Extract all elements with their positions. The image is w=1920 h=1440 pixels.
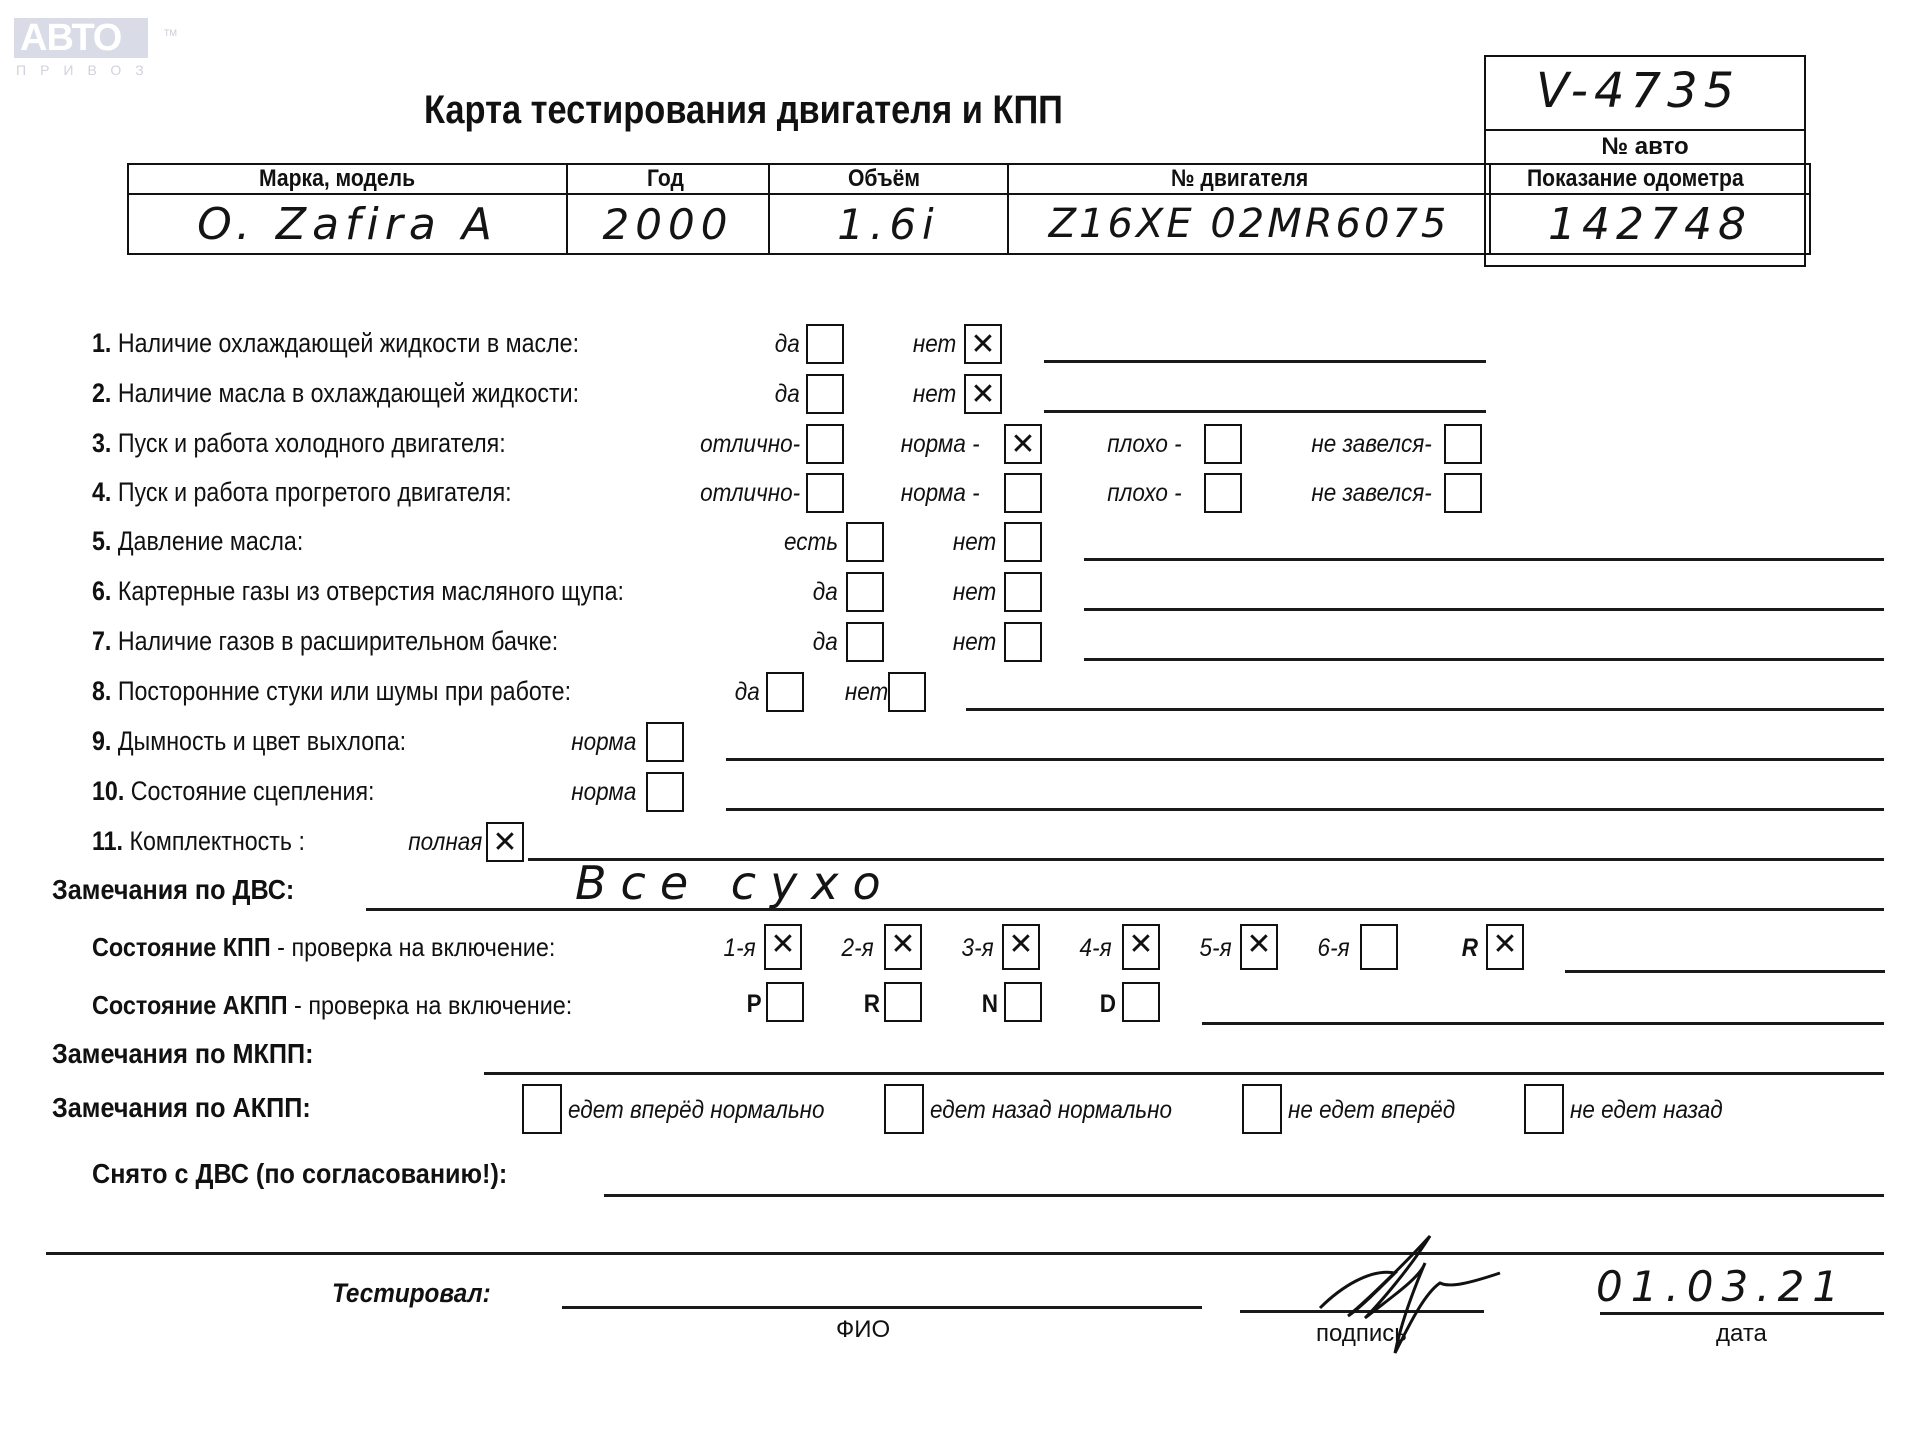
gear-label: 6-я bbox=[1318, 934, 1350, 963]
checklist-item-number: 8. bbox=[92, 676, 118, 706]
auto-remark-option-label: едет назад нормально bbox=[930, 1096, 1172, 1125]
column-header-odometer: Показание одометра bbox=[1490, 164, 1810, 194]
auto-remark-option-label: не едет вперёд bbox=[1288, 1096, 1455, 1125]
name-line[interactable] bbox=[562, 1306, 1202, 1309]
option-checkbox[interactable]: ✕ bbox=[1004, 424, 1042, 464]
auto-position-label: N bbox=[982, 990, 998, 1019]
check-mark-icon: ✕ bbox=[966, 326, 1000, 362]
option-checkbox[interactable] bbox=[806, 324, 844, 364]
option-label: да bbox=[813, 578, 838, 607]
option-label: норма - bbox=[901, 430, 980, 459]
remark-line[interactable] bbox=[1044, 360, 1486, 363]
odometer-field[interactable]: 142748 bbox=[1490, 194, 1810, 254]
remark-line[interactable] bbox=[726, 758, 1884, 761]
manual-gearbox-line bbox=[1565, 970, 1885, 973]
checklist-item-label: 10. Состояние сцепления: bbox=[92, 776, 374, 807]
auto-position-checkbox-P[interactable] bbox=[766, 982, 804, 1022]
checklist-item-number: 3. bbox=[92, 428, 118, 458]
signature-caption: подпись bbox=[1316, 1320, 1407, 1348]
auto-gearbox-label: Состояние АКПП - проверка на включение: bbox=[92, 990, 572, 1021]
auto-position-label: D bbox=[1100, 990, 1116, 1019]
engine-remarks-label: Замечания по ДВС: bbox=[52, 874, 294, 906]
manual-remarks-line[interactable] bbox=[484, 1072, 1884, 1075]
checklist-item-text: Комплектность : bbox=[129, 826, 304, 856]
check-mark-icon: ✕ bbox=[766, 926, 800, 968]
gear-label: R bbox=[1462, 934, 1478, 963]
option-label: да bbox=[735, 678, 760, 707]
logo-trademark: TM bbox=[164, 28, 177, 38]
checklist-item-text: Посторонние стуки или шумы при работе: bbox=[118, 676, 571, 706]
date-caption: дата bbox=[1716, 1320, 1767, 1348]
checklist-item-label: 3. Пуск и работа холодного двигателя: bbox=[92, 428, 506, 459]
option-label: отлично- bbox=[700, 479, 800, 508]
option-checkbox[interactable] bbox=[1004, 572, 1042, 612]
auto-gearbox-line bbox=[1202, 1022, 1884, 1025]
gear-checkbox-6[interactable] bbox=[1360, 924, 1398, 970]
vehicle-number-value[interactable]: V-4735 bbox=[1536, 63, 1740, 119]
remark-line[interactable] bbox=[1084, 558, 1884, 561]
checklist-item-label: 5. Давление масла: bbox=[92, 526, 303, 557]
checklist-item-text: Состояние сцепления: bbox=[131, 776, 375, 806]
option-label: норма bbox=[571, 728, 636, 757]
footer-separator bbox=[46, 1252, 1884, 1255]
date-field[interactable]: 01.03.21 bbox=[1596, 1262, 1847, 1311]
option-checkbox[interactable]: ✕ bbox=[964, 324, 1002, 364]
option-checkbox[interactable] bbox=[1444, 473, 1482, 513]
page-title: Карта тестирования двигателя и КПП bbox=[424, 88, 1063, 133]
option-label: норма - bbox=[901, 479, 980, 508]
table-value-row: O. Zafira A 2000 1.6i Z16XE 02MR6075 142… bbox=[128, 194, 1810, 254]
check-mark-icon: ✕ bbox=[886, 926, 920, 968]
checklist-item-label: 2. Наличие масла в охлаждающей жидкости: bbox=[92, 378, 579, 409]
gear-label: 3-я bbox=[962, 934, 994, 963]
option-checkbox[interactable] bbox=[846, 622, 884, 662]
check-mark-icon: ✕ bbox=[1004, 926, 1038, 968]
checklist-item-label: 6. Картерные газы из отверстия масляного… bbox=[92, 576, 624, 607]
remark-line[interactable] bbox=[1084, 608, 1884, 611]
checklist-item-number: 1. bbox=[92, 328, 118, 358]
auto-remark-option-label: не едет назад bbox=[1570, 1096, 1723, 1125]
auto-remarks-label: Замечания по АКПП: bbox=[52, 1092, 311, 1124]
logo-main-text: АВТО bbox=[20, 18, 121, 58]
auto-position-checkbox-N[interactable] bbox=[1004, 982, 1042, 1022]
gear-label: 1-я bbox=[724, 934, 756, 963]
date-line bbox=[1600, 1312, 1884, 1315]
checklist-item-label: 7. Наличие газов в расширительном бачке: bbox=[92, 626, 558, 657]
auto-position-label: R bbox=[864, 990, 880, 1019]
vehicle-number-label: № авто bbox=[1486, 131, 1804, 163]
auto-position-checkbox-R[interactable] bbox=[884, 982, 922, 1022]
check-mark-icon: ✕ bbox=[1488, 926, 1522, 968]
option-label: норма bbox=[571, 778, 636, 807]
column-header-volume: Объём bbox=[769, 164, 1008, 194]
option-label: да bbox=[775, 380, 800, 409]
option-label: нет bbox=[953, 528, 996, 557]
checklist-item-text: Картерные газы из отверстия масляного щу… bbox=[118, 576, 624, 606]
table-header-row: Марка, модель Год Объём № двигателя Пока… bbox=[128, 164, 1810, 194]
option-checkbox[interactable] bbox=[646, 772, 684, 812]
option-label: да bbox=[775, 330, 800, 359]
gear-label: 2-я bbox=[842, 934, 874, 963]
option-label: нет bbox=[845, 678, 888, 707]
auto-remark-checkbox[interactable] bbox=[1242, 1084, 1282, 1134]
checklist-item-text: Наличие охлаждающей жидкости в масле: bbox=[118, 328, 579, 358]
option-label: да bbox=[813, 628, 838, 657]
name-caption: ФИО bbox=[836, 1316, 890, 1344]
option-checkbox[interactable] bbox=[1004, 522, 1042, 562]
option-checkbox[interactable] bbox=[1004, 473, 1042, 513]
auto-remark-checkbox[interactable] bbox=[884, 1084, 924, 1134]
gear-checkbox-R[interactable]: ✕ bbox=[1486, 924, 1524, 970]
removed-line[interactable] bbox=[604, 1194, 1884, 1197]
removed-label: Снято с ДВС (по согласованию!): bbox=[92, 1158, 507, 1190]
option-checkbox[interactable]: ✕ bbox=[486, 822, 524, 862]
checklist-item-label: 4. Пуск и работа прогретого двигателя: bbox=[92, 477, 512, 508]
option-checkbox[interactable] bbox=[806, 424, 844, 464]
gear-label: 5-я bbox=[1200, 934, 1232, 963]
option-checkbox[interactable] bbox=[1204, 424, 1242, 464]
auto-remark-option-label: едет вперёд нормально bbox=[568, 1096, 825, 1125]
option-label: нет bbox=[953, 628, 996, 657]
remark-line[interactable] bbox=[966, 708, 1884, 711]
volume-field[interactable]: 1.6i bbox=[769, 194, 1008, 254]
checklist-item-text: Наличие газов в расширительном бачке: bbox=[118, 626, 558, 656]
gear-label: 4-я bbox=[1080, 934, 1112, 963]
option-checkbox[interactable] bbox=[1004, 622, 1042, 662]
option-label: отлично- bbox=[700, 430, 800, 459]
gear-checkbox-4[interactable]: ✕ bbox=[1122, 924, 1160, 970]
checklist-item-number: 10. bbox=[92, 776, 131, 806]
checklist-item-number: 4. bbox=[92, 477, 118, 507]
checklist-item-text: Пуск и работа холодного двигателя: bbox=[118, 428, 506, 458]
check-mark-icon: ✕ bbox=[1242, 926, 1276, 968]
option-checkbox[interactable] bbox=[646, 722, 684, 762]
option-label: нет bbox=[913, 380, 956, 409]
option-label: плохо - bbox=[1108, 479, 1182, 508]
checklist-item-text: Пуск и работа прогретого двигателя: bbox=[118, 477, 512, 507]
checklist-item-text: Давление масла: bbox=[118, 526, 303, 556]
manual-gearbox-label: Состояние КПП - проверка на включение: bbox=[92, 932, 555, 963]
option-label: плохо - bbox=[1108, 430, 1182, 459]
auto-remark-checkbox[interactable] bbox=[1524, 1084, 1564, 1134]
auto-remark-checkbox[interactable] bbox=[522, 1084, 562, 1134]
option-checkbox[interactable] bbox=[1444, 424, 1482, 464]
option-checkbox[interactable] bbox=[1204, 473, 1242, 513]
gear-checkbox-5[interactable]: ✕ bbox=[1240, 924, 1278, 970]
column-header-make-model: Марка, модель bbox=[128, 164, 567, 194]
checklist-item-number: 11. bbox=[92, 826, 129, 856]
checklist-item-text: Дымность и цвет выхлопа: bbox=[118, 726, 406, 756]
option-label: нет bbox=[953, 578, 996, 607]
logo: АВТО ПРИВОЗ TM bbox=[14, 14, 148, 64]
checklist-item-label: 11. Комплектность : bbox=[92, 826, 305, 857]
manual-remarks-label: Замечания по МКПП: bbox=[52, 1038, 314, 1070]
option-checkbox[interactable] bbox=[806, 374, 844, 414]
remark-line[interactable] bbox=[726, 808, 1884, 811]
make-model-field[interactable]: O. Zafira A bbox=[128, 194, 567, 254]
option-checkbox[interactable] bbox=[806, 473, 844, 513]
checklist-item-number: 6. bbox=[92, 576, 118, 606]
logo-sub-text: ПРИВОЗ bbox=[16, 62, 158, 78]
option-checkbox[interactable] bbox=[846, 522, 884, 562]
option-checkbox[interactable]: ✕ bbox=[964, 374, 1002, 414]
checklist-item-label: 8. Посторонние стуки или шумы при работе… bbox=[92, 676, 571, 707]
auto-position-checkbox-D[interactable] bbox=[1122, 982, 1160, 1022]
checklist-item-number: 5. bbox=[92, 526, 118, 556]
checklist-item-label: 9. Дымность и цвет выхлопа: bbox=[92, 726, 406, 757]
option-label: есть bbox=[784, 528, 838, 557]
option-label: не завелся- bbox=[1312, 479, 1432, 508]
remark-line[interactable] bbox=[1044, 410, 1486, 413]
checklist-item-text: Наличие масла в охлаждающей жидкости: bbox=[118, 378, 579, 408]
checklist-item-number: 2. bbox=[92, 378, 118, 408]
checklist-item-label: 1. Наличие охлаждающей жидкости в масле: bbox=[92, 328, 579, 359]
checklist-item-number: 7. bbox=[92, 626, 118, 656]
option-label: нет bbox=[913, 330, 956, 359]
column-header-year: Год bbox=[567, 164, 769, 194]
option-label: не завелся- bbox=[1312, 430, 1432, 459]
auto-position-label: P bbox=[747, 990, 762, 1019]
option-label: полная bbox=[408, 828, 482, 857]
option-checkbox[interactable] bbox=[846, 572, 884, 612]
option-checkbox[interactable] bbox=[888, 672, 926, 712]
engine-remarks-field[interactable]: Все сухо bbox=[575, 856, 895, 910]
check-mark-icon: ✕ bbox=[1124, 926, 1158, 968]
gear-checkbox-1[interactable]: ✕ bbox=[764, 924, 802, 970]
check-mark-icon: ✕ bbox=[1006, 426, 1040, 462]
gear-checkbox-3[interactable]: ✕ bbox=[1002, 924, 1040, 970]
option-checkbox[interactable] bbox=[766, 672, 804, 712]
column-header-engine-number: № двигателя bbox=[1008, 164, 1490, 194]
remark-line[interactable] bbox=[1084, 658, 1884, 661]
check-mark-icon: ✕ bbox=[488, 824, 522, 860]
check-mark-icon: ✕ bbox=[966, 376, 1000, 412]
vehicle-info-table: Марка, модель Год Объём № двигателя Пока… bbox=[127, 163, 1811, 255]
tested-by-label: Тестировал: bbox=[332, 1278, 491, 1309]
year-field[interactable]: 2000 bbox=[567, 194, 769, 254]
engine-number-field[interactable]: Z16XE 02MR6075 bbox=[1008, 194, 1490, 254]
gear-checkbox-2[interactable]: ✕ bbox=[884, 924, 922, 970]
checklist-item-number: 9. bbox=[92, 726, 118, 756]
